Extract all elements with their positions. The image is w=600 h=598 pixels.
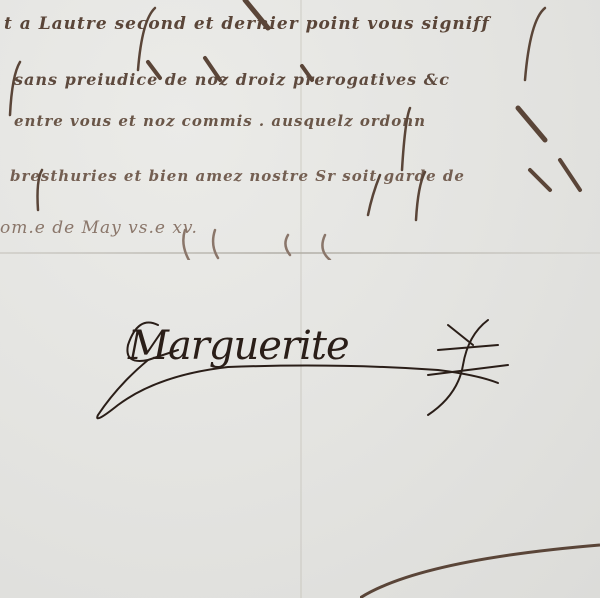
manuscript-page: t a Lautre second et dernier point vous … [0, 0, 600, 598]
signature: Marguerite [88, 305, 528, 425]
ascender-strokes [0, 0, 600, 260]
signature-flourish [88, 305, 528, 425]
bottom-ink-stroke [360, 540, 600, 598]
